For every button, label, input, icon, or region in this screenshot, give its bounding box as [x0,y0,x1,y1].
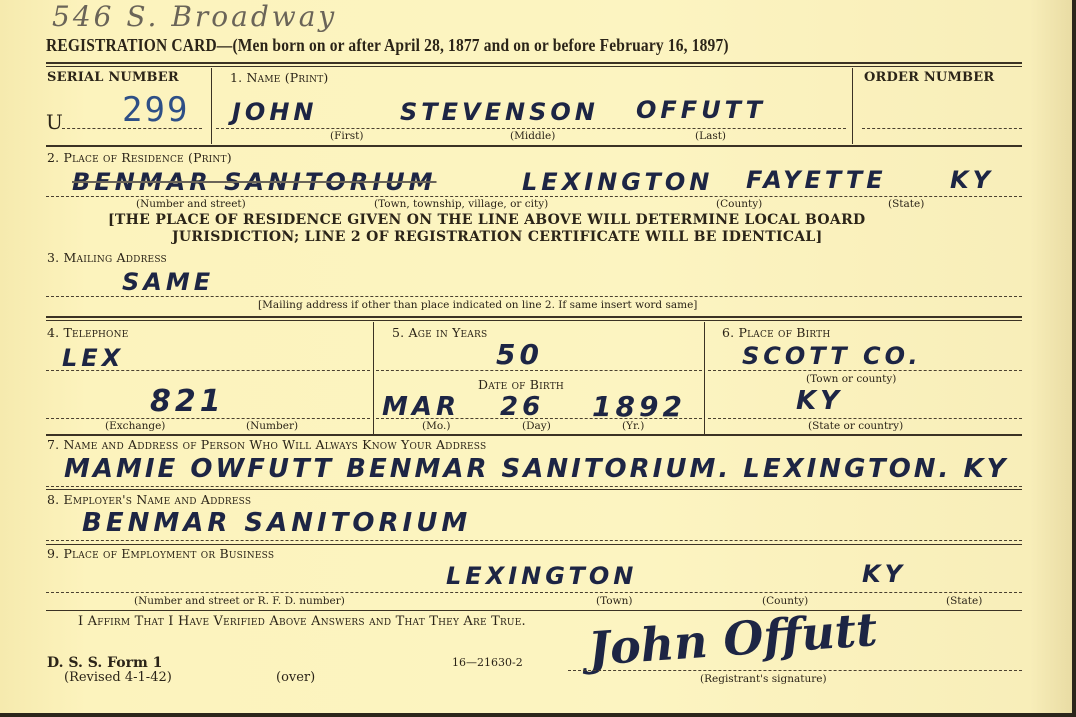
date-of-birth-label: Date of Birth [478,377,564,392]
contact-person-value: MAMIE OWFUTT BENMAR SANITORIUM. LEXINGTO… [64,454,1008,484]
first-caption: (First) [330,130,363,142]
mailing-caption: [Mailing address if other than place ind… [258,299,697,311]
birthplace-state-value: KY [796,386,843,416]
town-caption: (Town, township, village, or city) [374,198,548,210]
emp-state-caption: (State) [946,595,982,607]
residence-state-value: KY [950,166,994,194]
mailing-address-label: 3. Mailing Address [47,250,167,265]
telephone-number-value: 821 [150,384,225,419]
rfd-caption: (Number and street or R. F. D. number) [134,595,345,607]
divider [46,62,1022,64]
name-last-value: OFFUTT [636,96,766,124]
serial-number-value: 299 [122,90,189,130]
state-caption: (State) [888,198,924,210]
name-first-value: JOHN [232,98,318,126]
telephone-label: 4. Telephone [47,325,128,340]
residence-street-value: BENMAR SANITORIUM [72,168,437,196]
employer-label: 8. Employer's Name and Address [47,492,251,507]
divider [46,320,1022,321]
divider [46,489,1022,490]
divider [704,322,705,434]
exchange-caption: (Exchange) [105,420,165,432]
employment-state-value: KY [862,560,906,588]
name-middle-value: STEVENSON [400,98,599,126]
county-caption: (County) [716,198,762,210]
order-number-label: ORDER NUMBER [864,70,994,85]
number-caption: (Number) [246,420,298,432]
order-number-line [862,128,1022,129]
divider [852,68,853,144]
residence-line [46,196,1022,197]
middle-caption: (Middle) [510,130,555,142]
employment-place-label: 9. Place of Employment or Business [47,546,274,561]
signature-line [568,670,1022,671]
registration-card: 546 S. Broadway REGISTRATION CARD—(Men b… [0,0,1076,717]
dob-line [376,418,702,419]
name-line [216,128,846,129]
residence-notice-line1: [THE PLACE OF RESIDENCE GIVEN ON THE LIN… [108,212,865,228]
pencil-address-note: 546 S. Broadway [52,0,337,33]
street-caption: (Number and street) [136,198,246,210]
residence-notice-line2: JURISDICTION; LINE 2 OF REGISTRATION CER… [172,229,823,245]
emp-county-caption: (County) [762,595,808,607]
affirmation-text: I Affirm That I Have Verified Above Answ… [78,614,526,629]
divider [46,66,1022,67]
residence-label: 2. Place of Residence (Print) [47,150,232,165]
divider [46,145,1022,147]
month-caption: (Mo.) [422,420,450,432]
card-title: REGISTRATION CARD—(Men born on or after … [46,35,729,56]
serial-prefix: U [46,110,63,134]
registrant-signature: John Offutt [586,602,878,676]
emp-town-caption: (Town) [596,595,632,607]
print-code: 16—21630-2 [452,656,523,669]
age-line [376,370,702,371]
age-label: 5. Age in Years [392,325,487,340]
employer-value: BENMAR SANITORIUM [82,508,471,538]
day-caption: (Day) [522,420,551,432]
divider [46,316,1022,318]
employment-line [46,592,1022,593]
telephone-exchange-value: LEX [62,344,124,372]
mailing-line [46,296,1022,297]
telephone-line-2 [46,418,370,419]
form-revised: (Revised 4-1-42) [64,670,172,685]
form-number: D. S. S. Form 1 [47,655,162,671]
signature-caption: (Registrant's signature) [700,673,827,685]
employment-town-value: LEXINGTON [446,562,637,590]
name-label: 1. Name (Print) [230,70,328,85]
employer-line [46,540,1022,541]
residence-county-value: FAYETTE [746,166,887,194]
state-or-country-caption: (State or country) [808,420,903,432]
divider [373,322,374,434]
over-note: (over) [276,670,315,685]
birthplace-town-value: SCOTT CO. [742,342,922,370]
residence-town-value: LEXINGTON [522,168,713,196]
mailing-address-value: SAME [122,268,214,296]
birthplace-label: 6. Place of Birth [722,325,830,340]
age-value: 50 [496,338,543,371]
divider [211,68,212,144]
birthplace-line-1 [708,370,1022,371]
contact-line [46,486,1022,487]
year-caption: (Yr.) [622,420,644,432]
telephone-line-1 [46,370,370,371]
divider [46,544,1022,545]
last-caption: (Last) [695,130,726,142]
birthplace-line-2 [708,418,1022,419]
divider [46,434,1022,436]
contact-person-label: 7. Name and Address of Person Who Will A… [47,437,486,452]
town-or-county-caption: (Town or county) [806,373,896,385]
serial-number-label: SERIAL NUMBER [47,70,179,85]
